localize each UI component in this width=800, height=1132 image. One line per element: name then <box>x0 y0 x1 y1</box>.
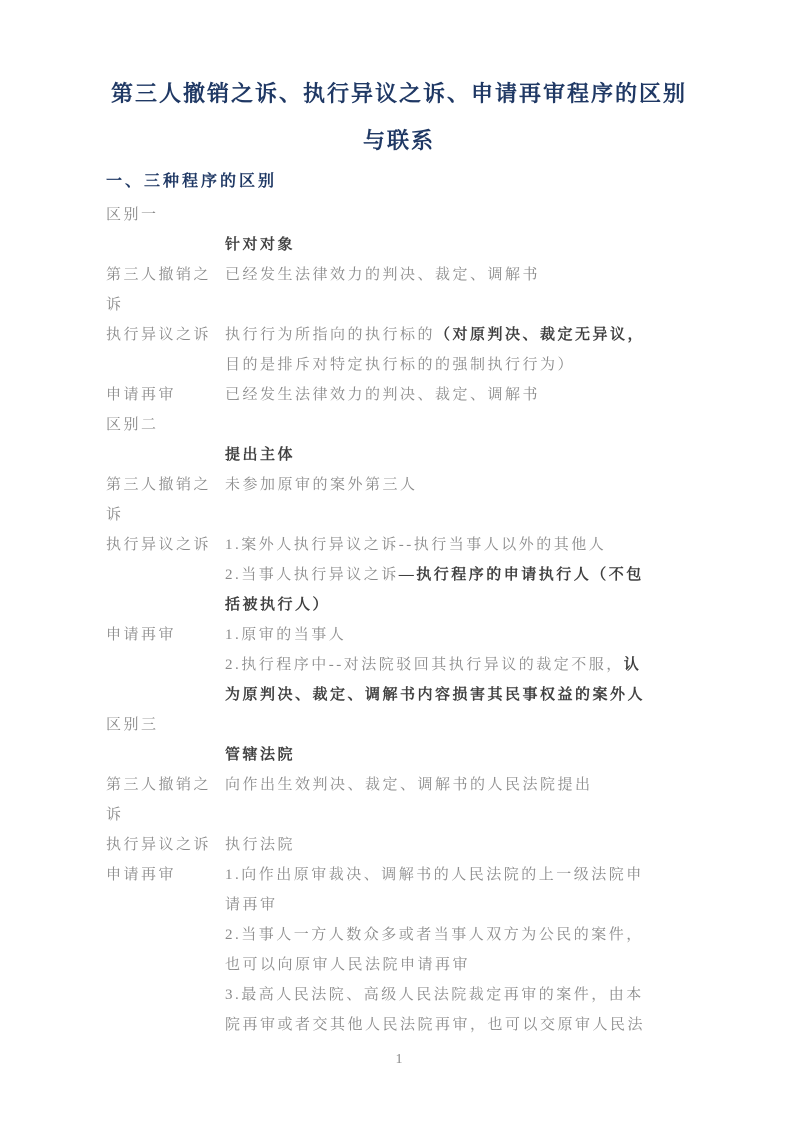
row-line: 已经发生法律效力的判决、裁定、调解书 <box>225 380 692 410</box>
row-label: 区别一 <box>106 200 225 230</box>
row-label: 申请再审 <box>106 620 225 710</box>
row-label: 申请再审 <box>106 860 225 1040</box>
bold-text: 认 <box>624 657 642 673</box>
text: 院再审或者交其他人民法院再审，也可以交原审人民法 <box>225 1017 645 1033</box>
row-label <box>106 740 225 770</box>
row-label: 第三人撤销之诉 <box>106 260 225 320</box>
table-row: 针对对象 <box>106 230 692 260</box>
row-content <box>225 200 692 230</box>
bold-text: —执行程序的申请执行人（不包 <box>399 567 644 583</box>
row-label: 执行异议之诉 <box>106 530 225 620</box>
row-line: 执行行为所指向的执行标的（对原判决、裁定无异议， <box>225 320 692 350</box>
row-label: 执行异议之诉 <box>106 830 225 860</box>
row-line: 2.当事人一方人数众多或者当事人双方为公民的案件， <box>225 920 692 950</box>
row-content: 已经发生法律效力的判决、裁定、调解书 <box>225 380 692 410</box>
row-line: 1.案外人执行异议之诉--执行当事人以外的其他人 <box>225 530 692 560</box>
row-content: 向作出生效判决、裁定、调解书的人民法院提出 <box>225 770 692 830</box>
text: 请再审 <box>225 897 278 913</box>
row-content: 执行法院 <box>225 830 692 860</box>
text: 目的是排斥对特定执行标的的强制执行行为） <box>225 357 575 373</box>
row-line: 已经发生法律效力的判决、裁定、调解书 <box>225 260 692 290</box>
row-line: 针对对象 <box>225 230 692 260</box>
bold-text: 管辖法院 <box>225 747 295 763</box>
row-line: 3.最高人民法院、高级人民法院裁定再审的案件，由本 <box>225 980 692 1010</box>
row-content: 1.原审的当事人2.执行程序中--对法院驳回其执行异议的裁定不服，认为原判决、裁… <box>225 620 692 710</box>
row-content: 针对对象 <box>225 230 692 260</box>
document-title-line1: 第三人撤销之诉、执行异议之诉、申请再审程序的区别 <box>106 70 692 117</box>
table-row: 申请再审1.向作出原审裁决、调解书的人民法院的上一级法院申请再审2.当事人一方人… <box>106 860 692 1040</box>
text: 向作出生效判决、裁定、调解书的人民法院提出 <box>225 777 593 793</box>
row-content <box>225 410 692 440</box>
table-row: 区别二 <box>106 410 692 440</box>
document-title-line2: 与联系 <box>106 117 692 164</box>
text: 1.向作出原审裁决、调解书的人民法院的上一级法院申 <box>225 867 644 883</box>
row-label: 区别二 <box>106 410 225 440</box>
row-line: 向作出生效判决、裁定、调解书的人民法院提出 <box>225 770 692 800</box>
text: 已经发生法律效力的判决、裁定、调解书 <box>225 267 540 283</box>
text: 2.当事人执行异议之诉 <box>225 567 399 583</box>
table-row: 第三人撤销之诉未参加原审的案外第三人 <box>106 470 692 530</box>
text: 执行行为所指向的执行标的 <box>225 327 435 343</box>
document-page: 第三人撤销之诉、执行异议之诉、申请再审程序的区别 与联系 一、三种程序的区别 区… <box>0 0 800 1132</box>
row-line: 执行法院 <box>225 830 692 860</box>
table-row: 区别三 <box>106 710 692 740</box>
page-number: 1 <box>106 1050 692 1070</box>
text: 1.原审的当事人 <box>225 627 346 643</box>
row-line: 括被执行人） <box>225 590 692 620</box>
row-line: 2.当事人执行异议之诉—执行程序的申请执行人（不包 <box>225 560 692 590</box>
row-line: 院再审或者交其他人民法院再审，也可以交原审人民法 <box>225 1010 692 1040</box>
text: 2.当事人一方人数众多或者当事人双方为公民的案件， <box>225 927 644 943</box>
section-heading: 一、三种程序的区别 <box>106 170 692 194</box>
row-content: 提出主体 <box>225 440 692 470</box>
row-line: 2.执行程序中--对法院驳回其执行异议的裁定不服，认 <box>225 650 692 680</box>
table-row: 申请再审已经发生法律效力的判决、裁定、调解书 <box>106 380 692 410</box>
row-content: 执行行为所指向的执行标的（对原判决、裁定无异议，目的是排斥对特定执行标的的强制执… <box>225 320 692 380</box>
row-line: 未参加原审的案外第三人 <box>225 470 692 500</box>
text: 执行法院 <box>225 837 295 853</box>
row-label: 第三人撤销之诉 <box>106 770 225 830</box>
text: 3.最高人民法院、高级人民法院裁定再审的案件，由本 <box>225 987 644 1003</box>
table-row: 提出主体 <box>106 440 692 470</box>
table-row: 管辖法院 <box>106 740 692 770</box>
table-row: 执行异议之诉执行行为所指向的执行标的（对原判决、裁定无异议，目的是排斥对特定执行… <box>106 320 692 380</box>
row-label: 执行异议之诉 <box>106 320 225 380</box>
bold-text: 括被执行人） <box>225 597 330 613</box>
row-label: 申请再审 <box>106 380 225 410</box>
row-label <box>106 440 225 470</box>
table-row: 第三人撤销之诉已经发生法律效力的判决、裁定、调解书 <box>106 260 692 320</box>
table-row: 区别一 <box>106 200 692 230</box>
text: 未参加原审的案外第三人 <box>225 477 418 493</box>
row-label: 第三人撤销之诉 <box>106 470 225 530</box>
table-row: 申请再审1.原审的当事人2.执行程序中--对法院驳回其执行异议的裁定不服，认为原… <box>106 620 692 710</box>
row-line: 提出主体 <box>225 440 692 470</box>
row-content: 1.向作出原审裁决、调解书的人民法院的上一级法院申请再审2.当事人一方人数众多或… <box>225 860 692 1040</box>
row-content: 未参加原审的案外第三人 <box>225 470 692 530</box>
bold-text: 针对对象 <box>225 237 295 253</box>
row-label <box>106 230 225 260</box>
table-row: 执行异议之诉执行法院 <box>106 830 692 860</box>
row-content: 1.案外人执行异议之诉--执行当事人以外的其他人2.当事人执行异议之诉—执行程序… <box>225 530 692 620</box>
text: 1.案外人执行异议之诉--执行当事人以外的其他人 <box>225 537 606 553</box>
row-label: 区别三 <box>106 710 225 740</box>
table-row: 第三人撤销之诉向作出生效判决、裁定、调解书的人民法院提出 <box>106 770 692 830</box>
bold-text: 提出主体 <box>225 447 295 463</box>
row-line: 1.向作出原审裁决、调解书的人民法院的上一级法院申 <box>225 860 692 890</box>
row-line: 为原判决、裁定、调解书内容损害其民事权益的案外人 <box>225 680 692 710</box>
text: 2.执行程序中--对法院驳回其执行异议的裁定不服， <box>225 657 624 673</box>
comparison-table: 区别一针对对象第三人撤销之诉已经发生法律效力的判决、裁定、调解书执行异议之诉执行… <box>106 200 692 1040</box>
row-line: 目的是排斥对特定执行标的的强制执行行为） <box>225 350 692 380</box>
row-line: 也可以向原审人民法院申请再审 <box>225 950 692 980</box>
bold-text: 为原判决、裁定、调解书内容损害其民事权益的案外人 <box>225 687 645 703</box>
bold-text: （对原判决、裁定无异议， <box>435 327 645 343</box>
row-line: 管辖法院 <box>225 740 692 770</box>
row-line: 请再审 <box>225 890 692 920</box>
text: 已经发生法律效力的判决、裁定、调解书 <box>225 387 540 403</box>
row-content <box>225 710 692 740</box>
row-content: 已经发生法律效力的判决、裁定、调解书 <box>225 260 692 320</box>
document-title: 第三人撤销之诉、执行异议之诉、申请再审程序的区别 与联系 <box>106 70 692 164</box>
row-content: 管辖法院 <box>225 740 692 770</box>
table-row: 执行异议之诉1.案外人执行异议之诉--执行当事人以外的其他人2.当事人执行异议之… <box>106 530 692 620</box>
text: 也可以向原审人民法院申请再审 <box>225 957 470 973</box>
row-line: 1.原审的当事人 <box>225 620 692 650</box>
